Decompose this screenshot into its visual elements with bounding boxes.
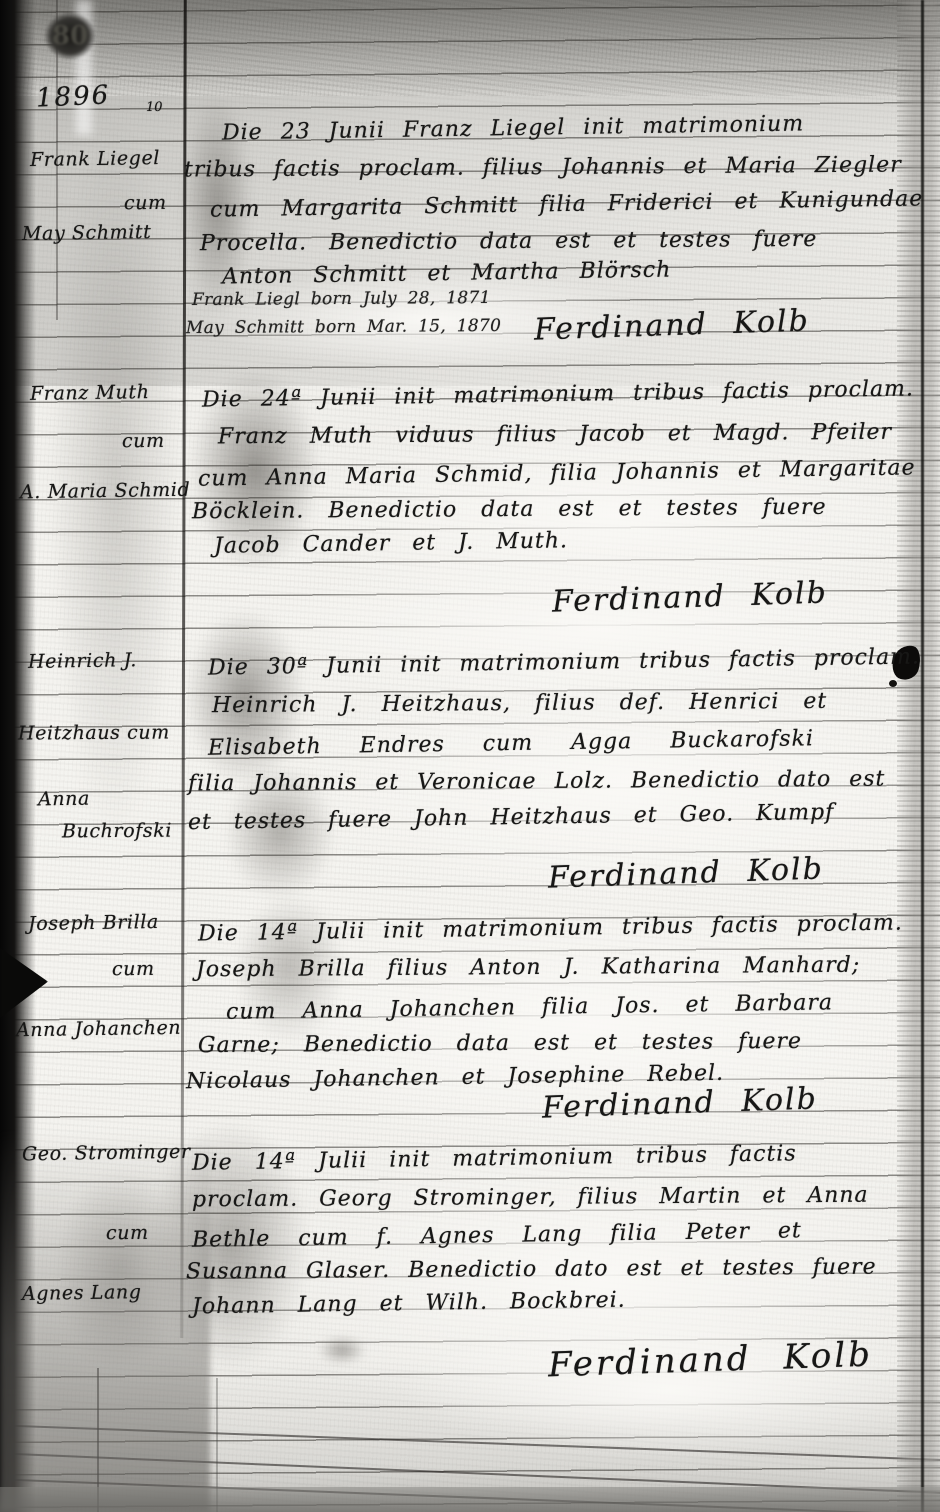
year-label: 1896	[35, 80, 110, 113]
entry-line: tribus factis proclam. filius Johannis e…	[184, 152, 902, 182]
birth-note: Frank Liegl born July 28, 1871	[192, 288, 491, 310]
margin-bride-name: Anna	[38, 788, 90, 811]
small-smudge	[318, 1336, 366, 1364]
entry-line: Susanna Glaser. Benedictio dato est et t…	[186, 1255, 877, 1285]
page-number-stamp: 80	[44, 12, 96, 60]
margin-bride-name-2: Buchrofski	[62, 820, 172, 843]
bottom-shade-band	[0, 1487, 940, 1512]
margin-groom-name: Frank Liegel	[30, 147, 160, 171]
entry-line: Joseph Brilla filius Anton J. Katharina …	[196, 953, 860, 983]
bottom-left-shade	[0, 1130, 210, 1512]
margin-bride-name: Anna Johanchen	[16, 1017, 182, 1042]
entry-mark: 10	[146, 100, 163, 115]
margin-groom-name: Geo. Strominger	[22, 1141, 191, 1166]
margin-cum: cum	[122, 430, 165, 452]
register-page-scan: 80 1896 10 Frank Liegel cum May Schmitt …	[0, 0, 940, 1512]
entry-line: Procella. Benedictio data est et testes …	[200, 227, 817, 256]
entry-line: proclam. Georg Strominger, filius Martin…	[192, 1183, 869, 1213]
entry-line: Franz Muth viduus filius Jacob et Magd. …	[218, 420, 892, 450]
margin-groom-name-2: Heitzhaus cum	[18, 721, 170, 744]
entry-line: Heinrich J. Heitzhaus, filius def. Henri…	[212, 689, 827, 718]
margin-bride-name: Agnes Lang	[22, 1281, 142, 1305]
margin-cum: cum	[124, 192, 167, 214]
entry-line: Böcklein. Benedictio data est et testes …	[192, 495, 827, 524]
margin-cum: cum	[106, 1222, 149, 1244]
entry-line: filia Johannis et Veronicae Lolz. Benedi…	[188, 767, 886, 797]
right-edge-line	[921, 0, 924, 1512]
entry-line: Garne; Benedictio data est et testes fue…	[198, 1029, 802, 1058]
margin-bride-name: A. Maria Schmid	[20, 479, 191, 504]
ink-speck	[889, 680, 897, 687]
margin-groom-name: Heinrich J.	[28, 649, 137, 673]
margin-groom-name: Joseph Brilla	[28, 911, 159, 935]
margin-groom-name: Franz Muth	[30, 381, 150, 405]
page-number: 80	[52, 21, 88, 51]
birth-note: May Schmitt born Mar. 15, 1870	[186, 316, 501, 338]
margin-cum: cum	[112, 958, 155, 980]
right-binding-shade	[897, 0, 940, 1512]
margin-bride-name: May Schmitt	[22, 221, 152, 245]
